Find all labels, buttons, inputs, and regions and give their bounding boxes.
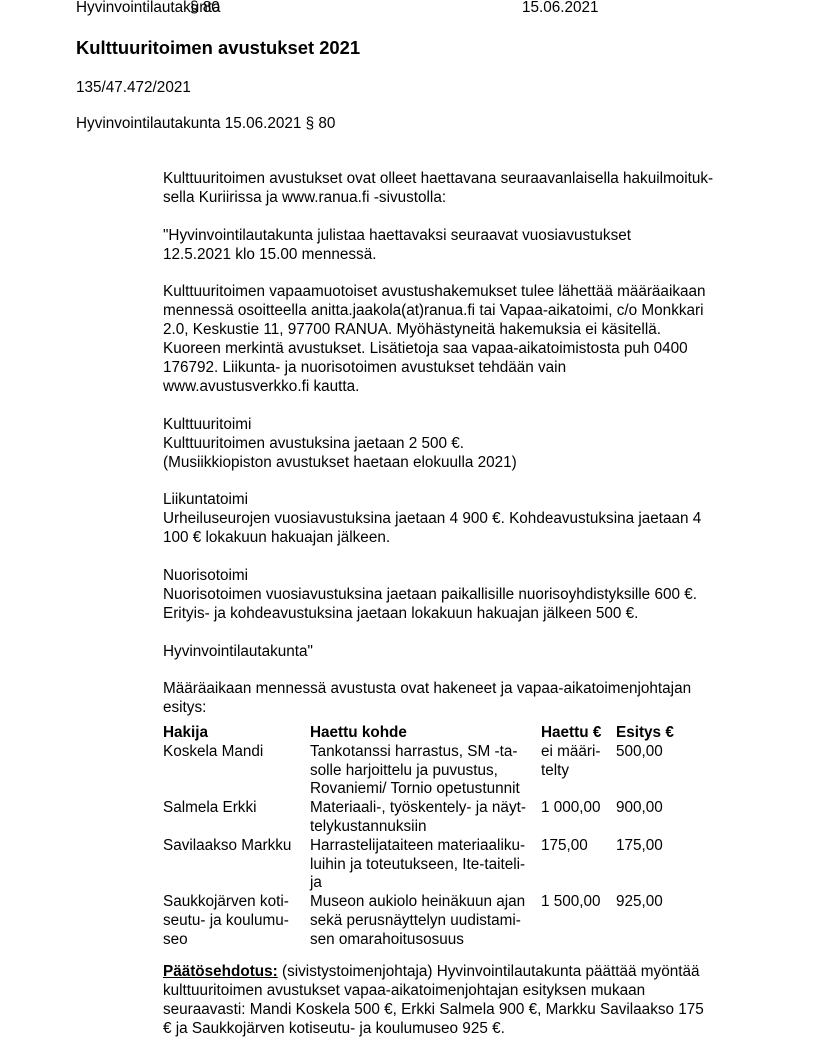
sports-section: Liikuntatoimi Urheiluseurojen vuosiavust…: [163, 491, 763, 548]
table-row: Savilaakso Markku Harrastelijataiteen ma…: [163, 837, 696, 893]
body-text: Kulttuuritoimen avustukset ovat olleet h…: [163, 170, 763, 737]
cell-purpose: Materiaali-, työskentely- ja näyt- telyk…: [310, 799, 541, 837]
culture-section: Kulttuuritoimi Kulttuuritoimen avustuksi…: [163, 416, 763, 473]
table-header-row: Hakija Haettu kohde Haettu € Esitys €: [163, 724, 696, 743]
cell-requested: 175,00: [541, 837, 616, 893]
col-header-purpose: Haettu kohde: [310, 724, 541, 743]
page-title: Kulttuuritoimen avustukset 2021: [76, 37, 360, 59]
signature-line: Hyvinvointilautakunta": [163, 643, 763, 662]
header-date: 15.06.2021: [522, 0, 599, 18]
diary-number: 135/47.472/2021: [76, 78, 191, 98]
cell-applicant: Koskela Mandi: [163, 743, 310, 799]
cell-requested: 1 500,00: [541, 893, 616, 949]
table-row: Saukkojärven koti- seutu- ja koulumu- se…: [163, 893, 696, 949]
col-header-applicant: Hakija: [163, 724, 310, 743]
cell-applicant: Saukkojärven koti- seutu- ja koulumu- se…: [163, 893, 310, 949]
cell-applicant: Salmela Erkki: [163, 799, 310, 837]
cell-proposed: 175,00: [616, 837, 696, 893]
cell-purpose: Harrastelijataiteen materiaaliku- luihin…: [310, 837, 541, 893]
cell-applicant: Savilaakso Markku: [163, 837, 310, 893]
col-header-requested: Haettu €: [541, 724, 616, 743]
intro-paragraph: Kulttuuritoimen avustukset ovat olleet h…: [163, 170, 763, 208]
decision-proposal: Päätösehdotus: (sivistystoimenjohtaja) H…: [163, 963, 763, 1039]
cell-proposed: 500,00: [616, 743, 696, 799]
meeting-reference: Hyvinvointilautakunta 15.06.2021 § 80: [76, 114, 335, 134]
decision-label: Päätösehdotus:: [163, 963, 278, 980]
cell-requested: 1 000,00: [541, 799, 616, 837]
table-row: Salmela Erkki Materiaali-, työskentely- …: [163, 799, 696, 837]
instructions-paragraph: Kulttuuritoimen vapaamuotoiset avustusha…: [163, 283, 763, 396]
applications-table: Hakija Haettu kohde Haettu € Esitys € Ko…: [163, 724, 696, 950]
cell-requested: ei määri- telty: [541, 743, 616, 799]
youth-section: Nuorisotoimi Nuorisotoimen vuosiavustuks…: [163, 567, 763, 624]
announcement-paragraph: "Hyvinvointilautakunta julistaa haettava…: [163, 227, 763, 265]
cell-purpose: Museon aukiolo heinäkuun ajan sekä perus…: [310, 893, 541, 949]
applicants-intro: Määräaikaan mennessä avustusta ovat hake…: [163, 680, 763, 718]
cell-proposed: 900,00: [616, 799, 696, 837]
header-paragraph: § 80: [190, 0, 220, 18]
table-row: Koskela Mandi Tankotanssi harrastus, SM …: [163, 743, 696, 799]
cell-proposed: 925,00: [616, 893, 696, 949]
col-header-proposed: Esitys €: [616, 724, 696, 743]
cell-purpose: Tankotanssi harrastus, SM -ta- solle har…: [310, 743, 541, 799]
